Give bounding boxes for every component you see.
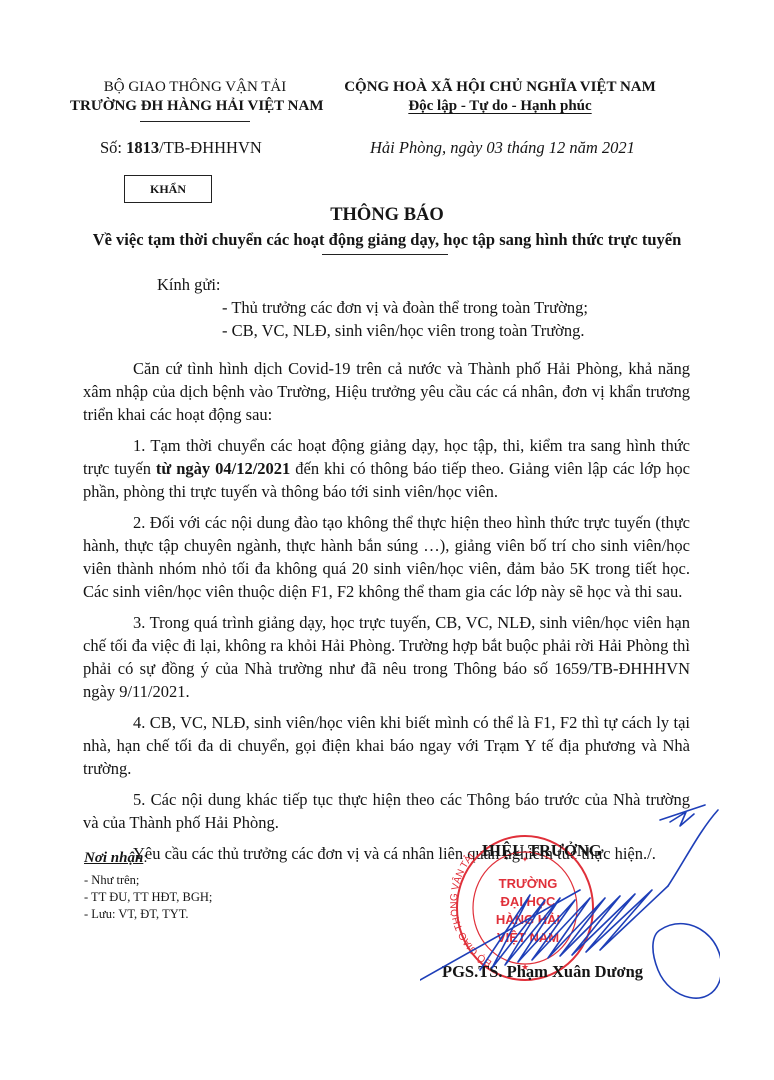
- document-title: THÔNG BÁO: [0, 205, 774, 226]
- distribution-list: - Như trên; - TT ĐU, TT HĐT, BGH; - Lưu:…: [84, 872, 212, 923]
- distribution-item: - Như trên;: [84, 872, 212, 889]
- item-2-paragraph: 2. Đối với các nội dung đào tạo không th…: [83, 511, 690, 603]
- distribution-label-text: Nơi nhận: [84, 850, 143, 866]
- school-name: TRƯỜNG ĐH HÀNG HẢI VIỆT NAM: [70, 97, 320, 116]
- document-number: Số: 1813/TB-ĐHHHVN: [100, 138, 262, 158]
- issuing-authority: BỘ GIAO THÔNG VẬN TẢI TRƯỜNG ĐH HÀNG HẢI…: [70, 78, 320, 122]
- national-motto: Độc lập - Tự do - Hạnh phúc: [408, 98, 591, 114]
- item-1-paragraph: 1. Tạm thời chuyển các hoạt động giảng d…: [83, 434, 690, 503]
- header-left-rule: [140, 121, 250, 122]
- document-subtitle: Về việc tạm thời chuyển các hoạt động gi…: [0, 230, 774, 250]
- doc-number-prefix: Số:: [100, 138, 126, 157]
- handwritten-signature-icon: [420, 800, 720, 1000]
- doc-number-suffix: /TB-ĐHHHVN: [159, 138, 262, 157]
- distribution-colon: :: [143, 850, 147, 866]
- item-3-paragraph: 3. Trong quá trình giảng dạy, học trực t…: [83, 611, 690, 703]
- document-body: Căn cứ tình hình dịch Covid-19 trên cả n…: [83, 357, 690, 873]
- national-header: CỘNG HOÀ XÃ HỘI CHỦ NGHĨA VIỆT NAM Độc l…: [330, 78, 670, 116]
- place-date: Hải Phòng, ngày 03 tháng 12 năm 2021: [370, 138, 635, 158]
- subtitle-rule: [322, 254, 448, 255]
- nation-name: CỘNG HOÀ XÃ HỘI CHỦ NGHĨA VIỆT NAM: [330, 78, 670, 97]
- item-1-date: từ ngày 04/12/2021: [156, 459, 290, 478]
- recipient-item: - Thủ trưởng các đơn vị và đoàn thể tron…: [222, 298, 588, 318]
- distribution-item: - TT ĐU, TT HĐT, BGH;: [84, 889, 212, 906]
- salutation-label: Kính gửi:: [157, 275, 221, 295]
- doc-number-value: 1813: [126, 138, 159, 157]
- distribution-label: Nơi nhận:: [84, 850, 148, 867]
- distribution-item: - Lưu: VT, ĐT, TYT.: [84, 906, 212, 923]
- urgency-badge: KHẨN: [124, 175, 212, 203]
- intro-paragraph: Căn cứ tình hình dịch Covid-19 trên cả n…: [83, 357, 690, 426]
- item-4-paragraph: 4. CB, VC, NLĐ, sinh viên/học viên khi b…: [83, 711, 690, 780]
- recipient-item: - CB, VC, NLĐ, sinh viên/học viên trong …: [222, 321, 585, 341]
- ministry-name: BỘ GIAO THÔNG VẬN TẢI: [70, 78, 320, 97]
